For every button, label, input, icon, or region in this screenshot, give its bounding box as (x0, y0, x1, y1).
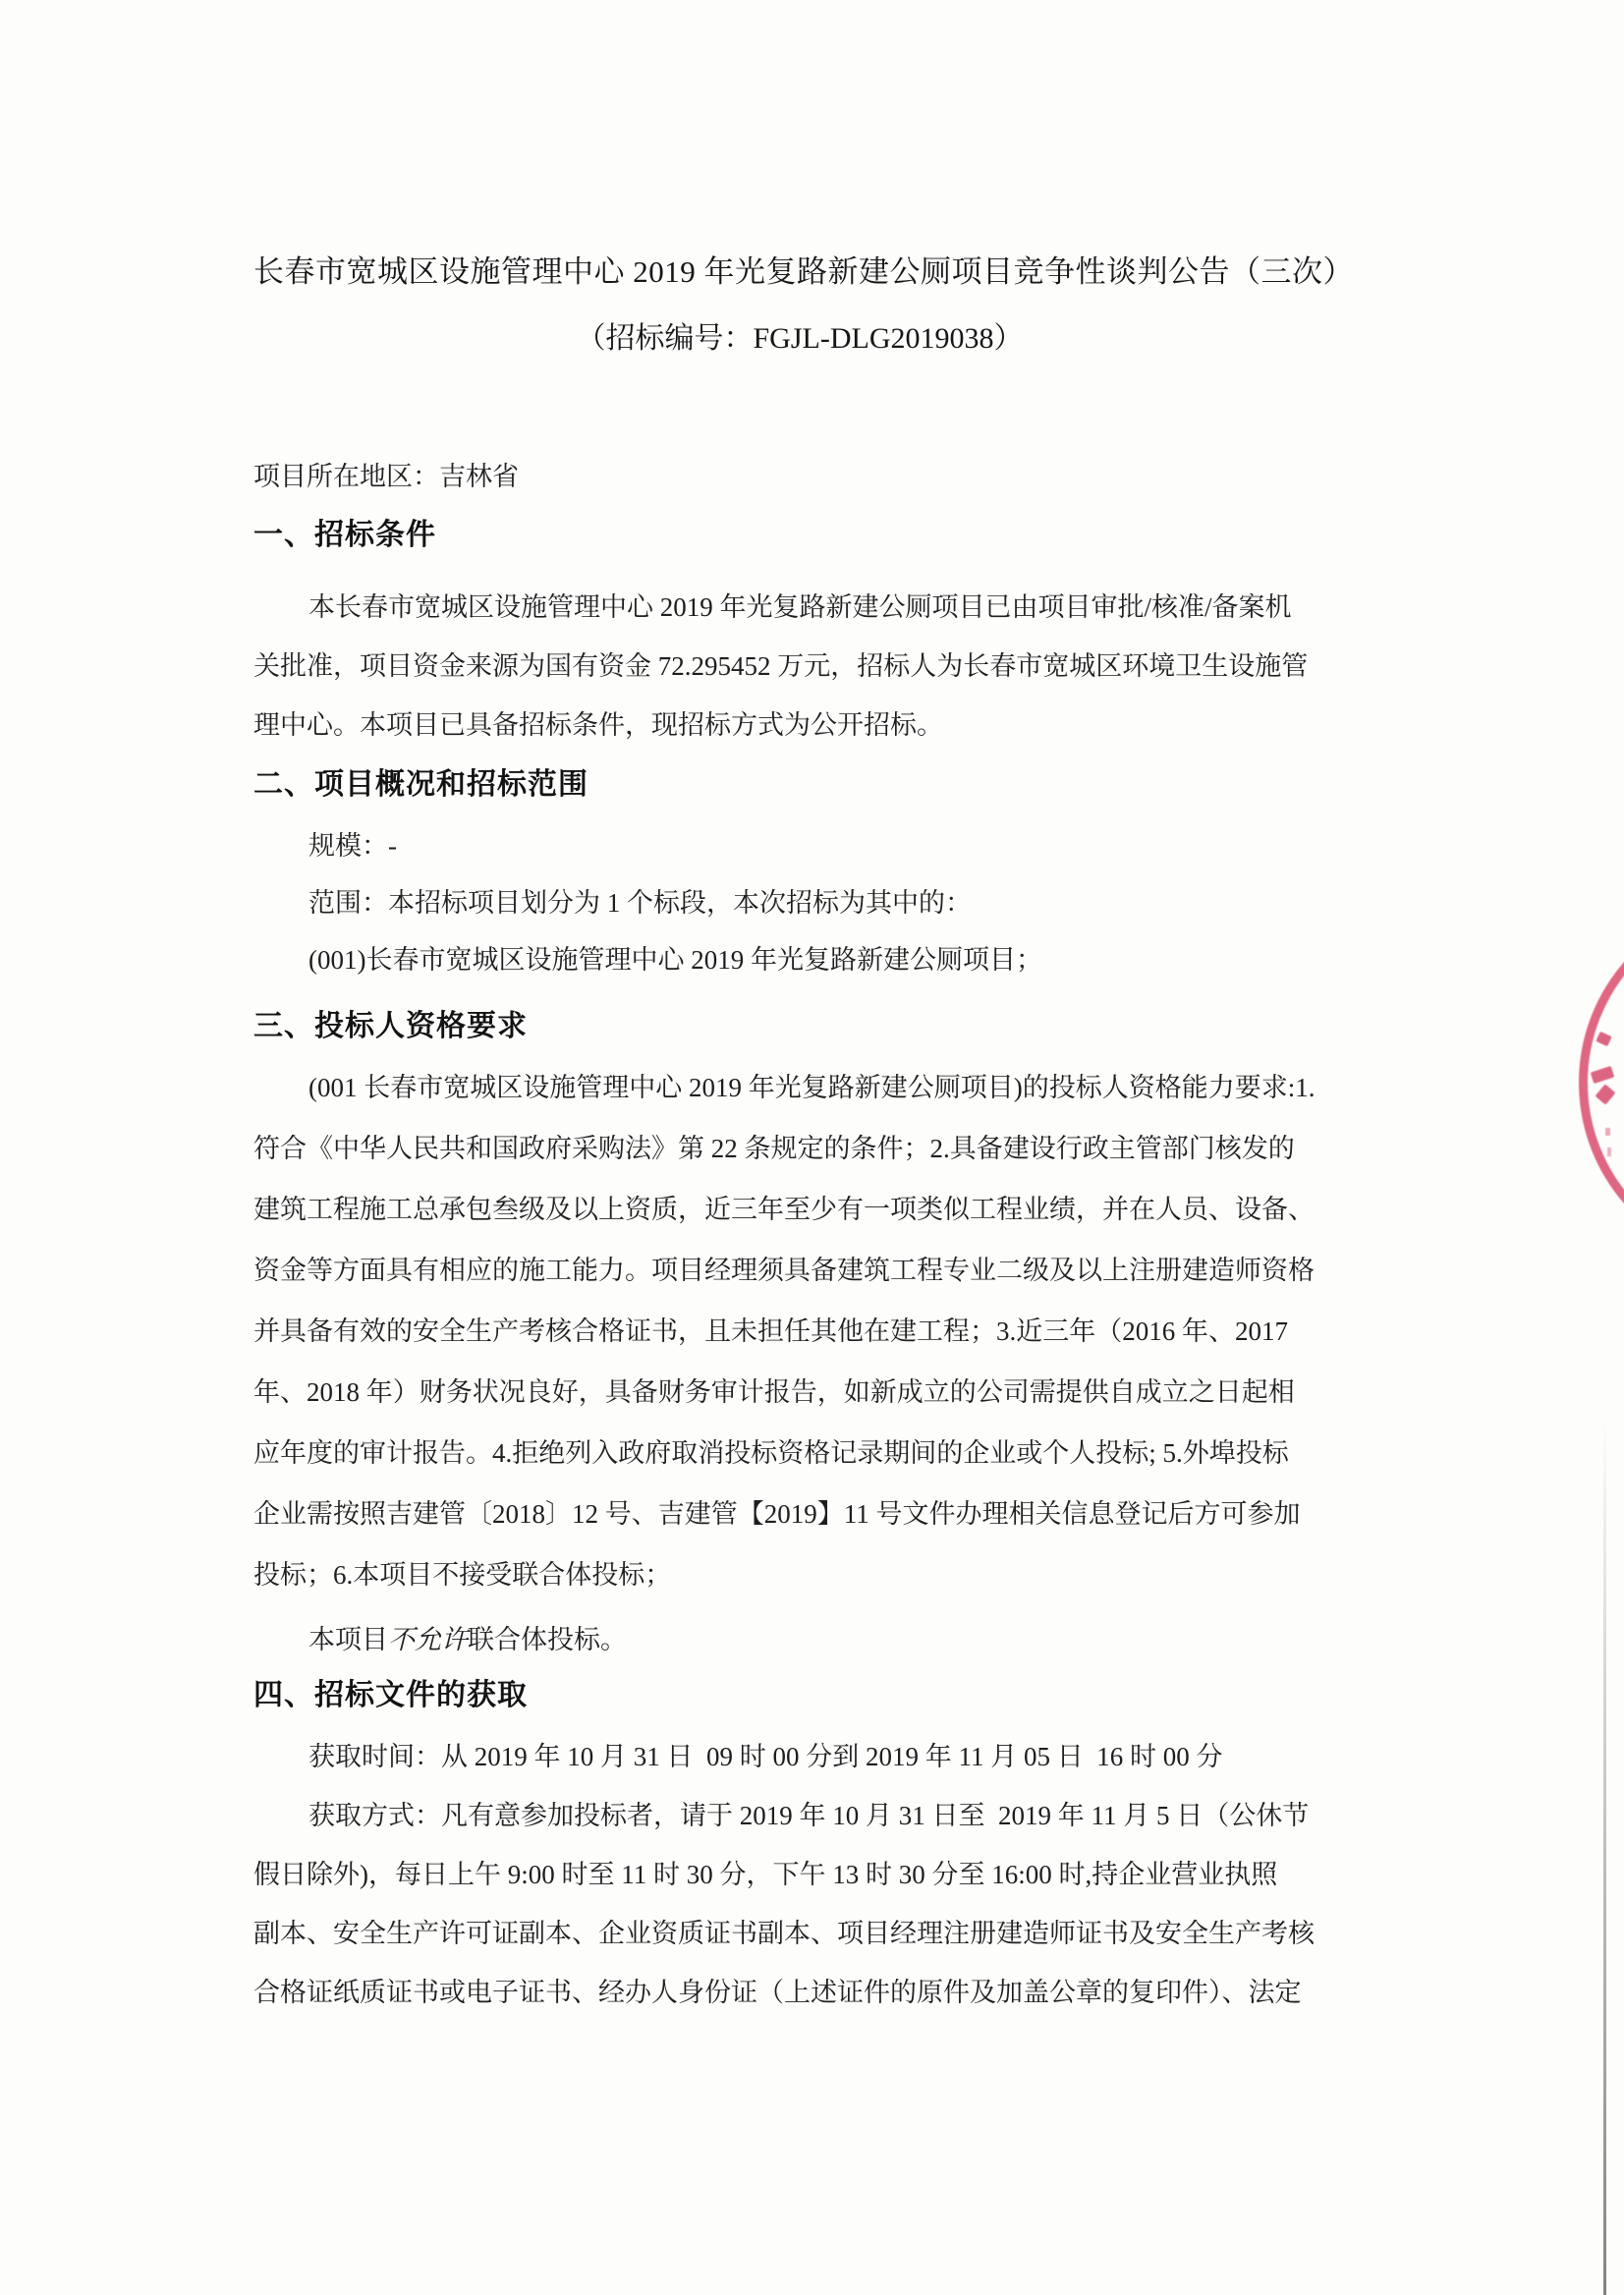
section1-heading: 一、招标条件 (253, 517, 1346, 554)
paragraph-line: 副本、安全生产许可证副本、企业资质证书副本、项目经理注册建造师证书及安全生产考核 (253, 1904, 1346, 1963)
section2-block: 规模：- 范围：本招标项目划分为 1 个标段，本次招标为其中的： (001)长春… (253, 817, 1346, 988)
no-consortium-line: 本项目不允许联合体投标。 (253, 1610, 1346, 1669)
paragraph-line: 企业需按照吉建管〔2018〕12 号、吉建管【2019】11 号文件办理相关信息… (253, 1483, 1346, 1544)
paragraph-line: 投标；6.本项目不接受联合体投标； (253, 1544, 1346, 1605)
no-consortium-suffix: 联合体投标。 (468, 1625, 627, 1654)
paragraph-line: 获取方式：凡有意参加投标者，请于 2019 年 10 月 31 日至 2019 … (253, 1786, 1346, 1845)
paragraph-line: 合格证纸质证书或电子证书、经办人身份证（上述证件的原件及加盖公章的复印件）、法定 (253, 1963, 1346, 2022)
scan-page-edge-shadow (1603, 1415, 1606, 2295)
paragraph-line: 并具备有效的安全生产考核合格证书，且未担任其他在建工程；3.近三年（2016 年… (253, 1301, 1346, 1362)
project-location-line: 项目所在地区：吉林省 (253, 460, 1346, 493)
paragraph-line: (001 长春市宽城区设施管理中心 2019 年光复路新建公厕项目)的投标人资格… (253, 1057, 1346, 1118)
document-body: 长春市宽城区设施管理中心 2019 年光复路新建公厕项目竞争性谈判公告（三次） … (253, 0, 1346, 2022)
section3-heading: 三、投标人资格要求 (253, 1008, 1346, 1045)
section3-paragraph: (001 长春市宽城区设施管理中心 2019 年光复路新建公厕项目)的投标人资格… (253, 1057, 1346, 1605)
lot-line: (001)长春市宽城区设施管理中心 2019 年光复路新建公厕项目； (253, 931, 1346, 988)
section4-heading: 四、招标文件的获取 (253, 1677, 1346, 1714)
paragraph-line: 理中心。本项目已具备招标条件，现招标方式为公开招标。 (253, 696, 1346, 755)
section2-heading: 二、项目概况和招标范围 (253, 766, 1346, 804)
document-title: 长春市宽城区设施管理中心 2019 年光复路新建公厕项目竞争性谈判公告（三次） (253, 253, 1346, 291)
paragraph-line: 资金等方面具有相应的施工能力。项目经理须具备建筑工程专业二级及以上注册建造师资格 (253, 1240, 1346, 1301)
paragraph-line: 年、2018 年）财务状况良好，具备财务审计报告，如新成立的公司需提供自成立之日… (253, 1362, 1346, 1423)
scale-line: 规模：- (253, 817, 1346, 874)
seal-text-fragment (1607, 1147, 1611, 1156)
acquisition-method-paragraph: 获取方式：凡有意参加投标者，请于 2019 年 10 月 31 日至 2019 … (253, 1786, 1346, 2022)
scope-line: 范围：本招标项目划分为 1 个标段，本次招标为其中的： (253, 874, 1346, 931)
paragraph-line: 假日除外)，每日上午 9:00 时至 11 时 30 分，下午 13 时 30 … (253, 1845, 1346, 1904)
paragraph-line: 符合《中华人民共和国政府采购法》第 22 条规定的条件；2.具备建设行政主管部门… (253, 1118, 1346, 1179)
paragraph-line: 本长春市宽城区设施管理中心 2019 年光复路新建公厕项目已由项目审批/核准/备… (253, 578, 1346, 637)
acquisition-time-block: 获取时间：从 2019 年 10 月 31 日 09 时 00 分到 2019 … (253, 1727, 1346, 1786)
scanned-document-page: 长春市宽城区设施管理中心 2019 年光复路新建公厕项目竞争性谈判公告（三次） … (0, 0, 1624, 2295)
official-red-seal-arc (1579, 899, 1624, 1266)
tender-number: （招标编号：FGJL-DLG2019038） (253, 320, 1346, 358)
paragraph-line: 建筑工程施工总承包叁级及以上资质，近三年至少有一项类似工程业绩，并在人员、设备、 (253, 1179, 1346, 1240)
paragraph-line: 应年度的审计报告。4.拒绝列入政府取消投标资格记录期间的企业或个人投标; 5.外… (253, 1423, 1346, 1483)
no-consortium-emphasis: 不允许 (388, 1625, 468, 1654)
acquisition-time-line: 获取时间：从 2019 年 10 月 31 日 09 时 00 分到 2019 … (253, 1727, 1346, 1786)
seal-text-fragment (1605, 1128, 1610, 1136)
paragraph-line: 关批准，项目资金来源为国有资金 72.295452 万元，招标人为长春市宽城区环… (253, 637, 1346, 696)
section1-paragraph: 本长春市宽城区设施管理中心 2019 年光复路新建公厕项目已由项目审批/核准/备… (253, 578, 1346, 755)
no-consortium-prefix: 本项目 (308, 1625, 388, 1654)
no-consortium-note: 本项目不允许联合体投标。 (253, 1610, 1346, 1669)
